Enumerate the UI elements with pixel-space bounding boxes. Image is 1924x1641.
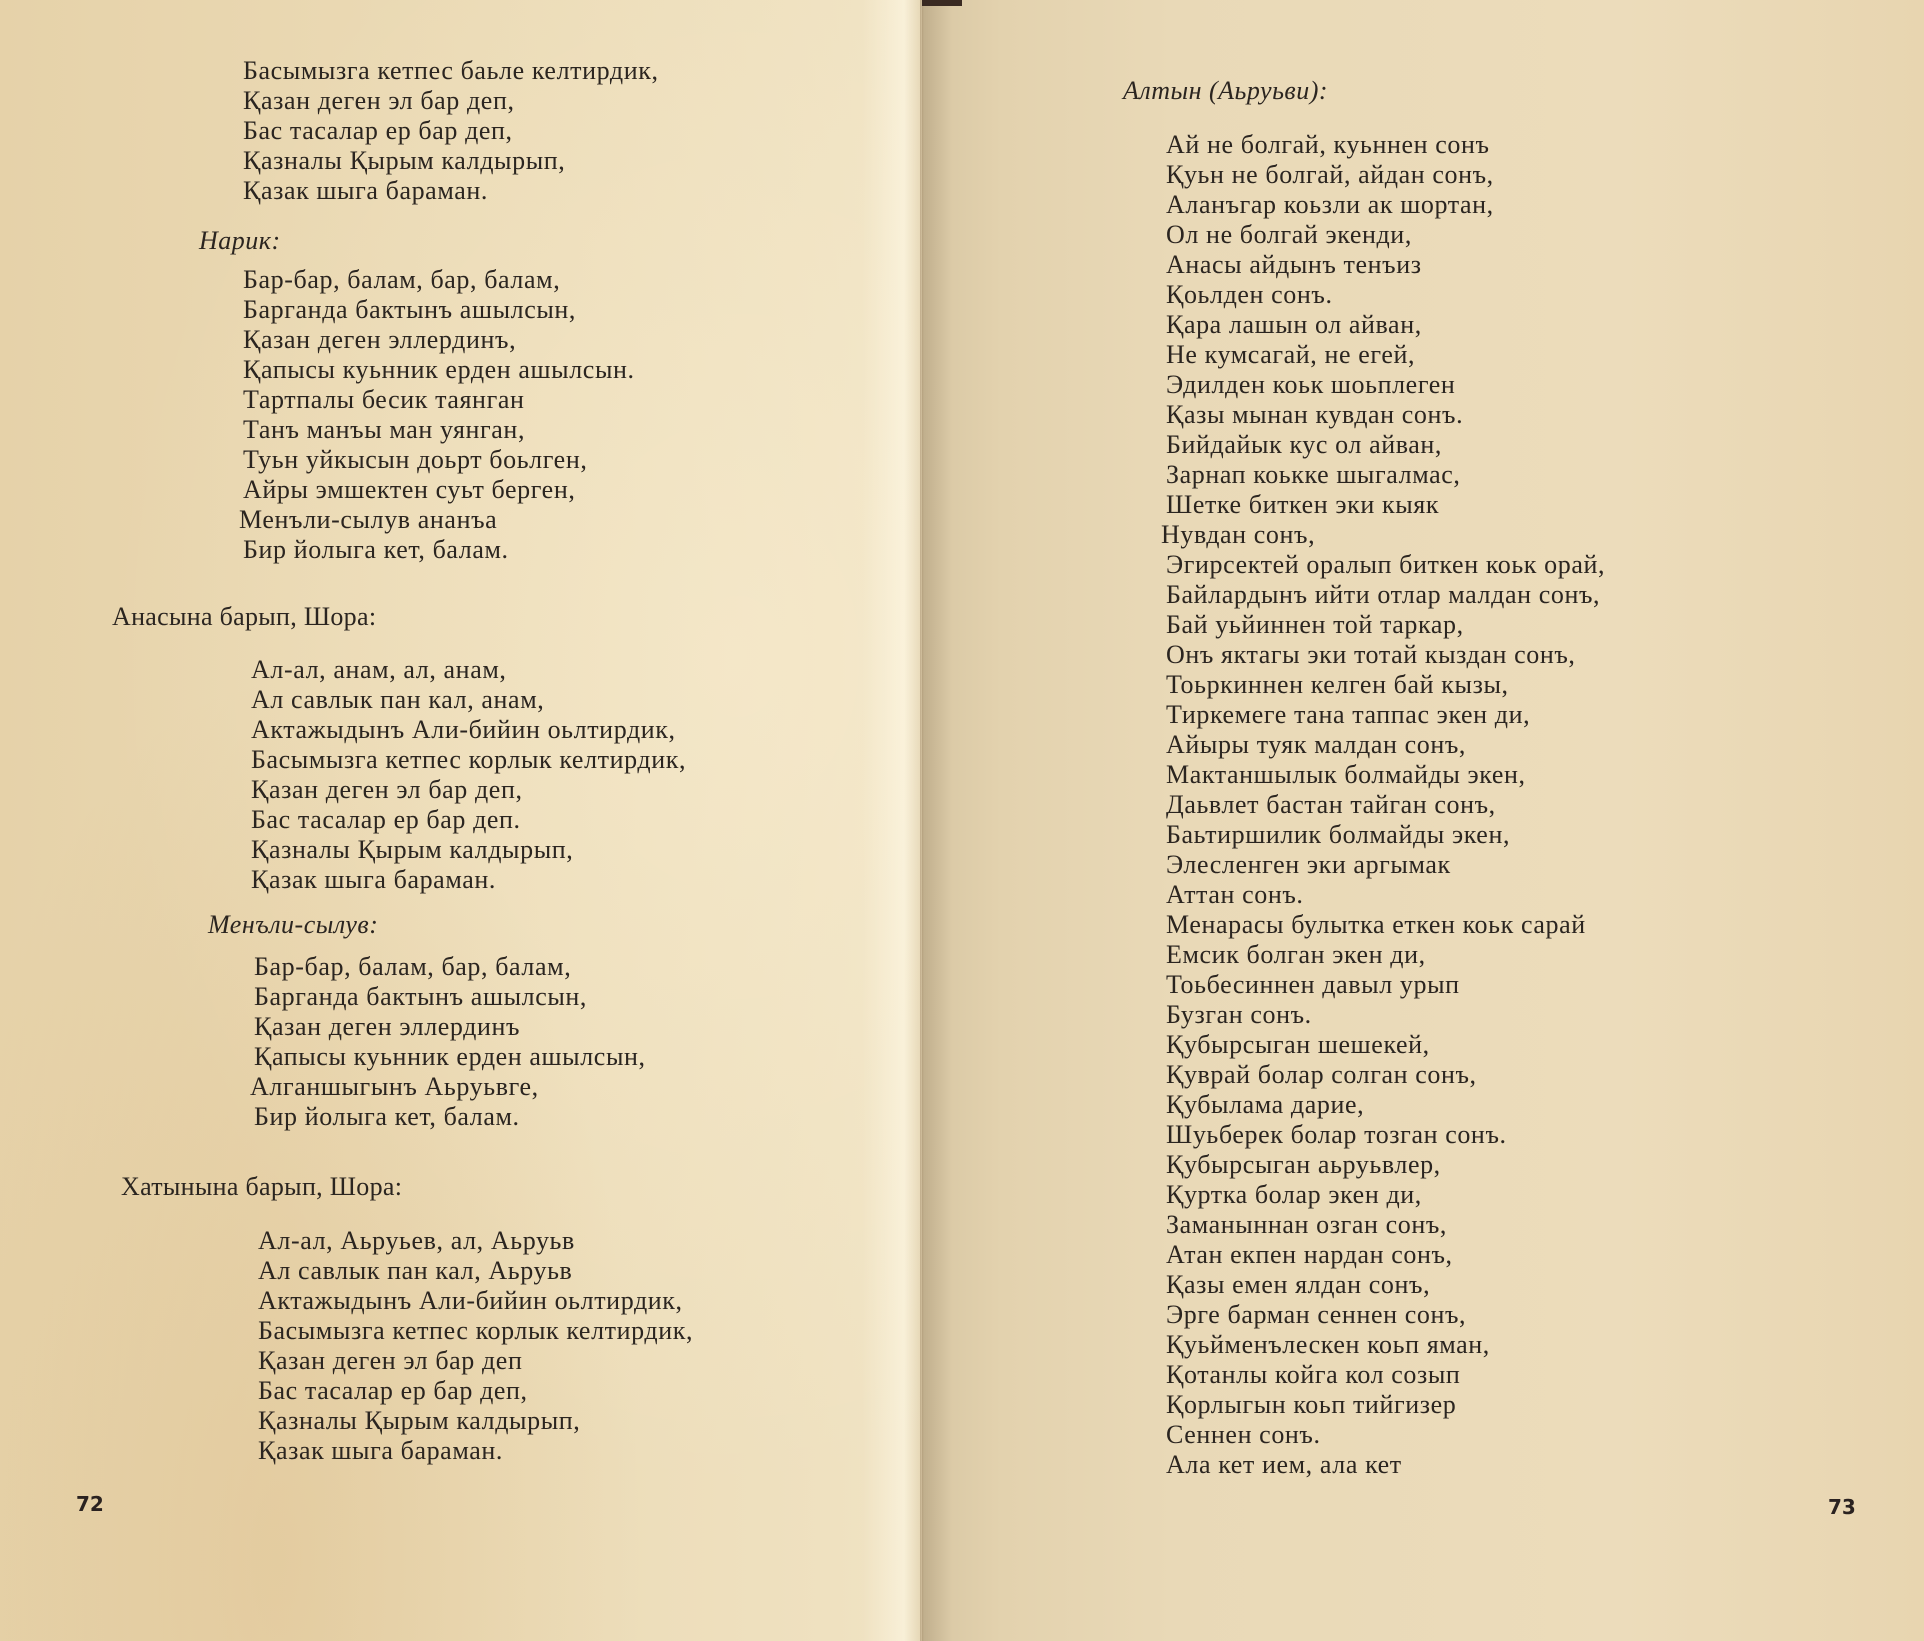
- verse-line: Эдилден коьк шоьплеген: [1166, 370, 1605, 400]
- verse-line: Мактаншылык болмайды экен,: [1166, 760, 1605, 790]
- page-number-left: 72: [76, 1492, 104, 1516]
- verse-line: Бас тасалар ер бар деп,: [258, 1376, 693, 1406]
- verse-line: Қазналы Қырым калдырып,: [243, 146, 659, 176]
- verse-block-4: Бар-бар, балам, бар, балам, Барганда бак…: [254, 952, 646, 1132]
- verse-line: Атан екпен нардан сонъ,: [1166, 1240, 1605, 1270]
- verse-line: Байлардынъ ийти отлар малдан сонъ,: [1166, 580, 1605, 610]
- verse-line: Эгирсектей оралып биткен коьк орай,: [1166, 550, 1605, 580]
- stage-direction-1: Анасына барып, Шора:: [112, 602, 376, 632]
- book-gutter: [920, 0, 924, 1641]
- verse-line: Қапысы куьнник ерден ашылсын,: [254, 1042, 646, 1072]
- speaker-heading-altyn: Алтын (Аьруьви):: [1123, 76, 1328, 106]
- verse-line: Басымызга кетпес корлык келтирдик,: [258, 1316, 693, 1346]
- verse-line: Ай не болгай, куьннен сонъ: [1166, 130, 1605, 160]
- verse-line: Айры эмшектен суьт берген,: [243, 475, 635, 505]
- verse-line: Заманыннан озган сонъ,: [1166, 1210, 1605, 1240]
- verse-line: Қазак шыга бараман.: [258, 1436, 693, 1466]
- verse-line: Айыры туяк малдан сонъ,: [1166, 730, 1605, 760]
- speaker-heading-menli-syluv: Менъли-сылув:: [208, 910, 378, 940]
- verse-line: Бар-бар, балам, бар, балам,: [254, 952, 646, 982]
- verse-line: Қазан деген эллердинъ,: [243, 325, 635, 355]
- verse-line: Алганшыгынъ Аьруьвге,: [250, 1072, 646, 1102]
- left-page: Басымызга кетпес баьле келтирдик, Қазан …: [0, 0, 922, 1641]
- verse-line: Қотанлы койга кол созып: [1166, 1360, 1605, 1390]
- verse-line: Қазналы Қырым калдырып,: [258, 1406, 693, 1436]
- verse-line: Бийдайык кус ол айван,: [1166, 430, 1605, 460]
- verse-line: Қуврай болар солган сонъ,: [1166, 1060, 1605, 1090]
- verse-line: Не кумсагай, не егей,: [1166, 340, 1605, 370]
- speaker-name: Менъли-сылув:: [208, 910, 378, 940]
- stage-direction-text: Хатынына барып, Шора:: [121, 1172, 402, 1202]
- verse-line: Бир йолыга кет, балам.: [243, 535, 635, 565]
- verse-line: Актажыдынъ Али-бийин оьлтирдик,: [258, 1286, 693, 1316]
- verse-line: Басымызга кетпес корлык келтирдик,: [251, 745, 686, 775]
- verse-line: Менъли-сылув ананъа: [239, 505, 635, 535]
- verse-line: Аттан сонъ.: [1166, 880, 1605, 910]
- verse-line: Қуьйменълескен коьп яман,: [1166, 1330, 1605, 1360]
- verse-line: Қара лашын ол айван,: [1166, 310, 1605, 340]
- verse-line: Қорлыгын коьп тийгизер: [1166, 1390, 1605, 1420]
- verse-line: Туьн уйкысын доьрт боьлген,: [243, 445, 635, 475]
- verse-line: Тоьбесиннен давыл урып: [1166, 970, 1605, 1000]
- verse-line: Зарнап коькке шыгалмас,: [1166, 460, 1605, 490]
- verse-block-2: Бар-бар, балам, бар, балам, Барганда бак…: [243, 265, 635, 565]
- verse-line: Эрге барман сеннен сонъ,: [1166, 1300, 1605, 1330]
- verse-line: Шетке биткен эки кыяк: [1166, 490, 1605, 520]
- verse-line: Қазан деген эллердинъ: [254, 1012, 646, 1042]
- verse-line: Ал савлык пан кал, анам,: [251, 685, 686, 715]
- verse-line: Қазан деген эл бар деп,: [251, 775, 686, 805]
- verse-line: Нувдан сонъ,: [1161, 520, 1605, 550]
- verse-line: Тиркемеге тана таппас экен ди,: [1166, 700, 1605, 730]
- verse-line: Ол не болгай экенди,: [1166, 220, 1605, 250]
- verse-line: Шуьберек болар тозган сонъ.: [1166, 1120, 1605, 1150]
- verse-block-5: Ал-ал, Аьруьев, ал, Аьруьв Ал савлык пан…: [258, 1226, 693, 1466]
- verse-line: Ал савлык пан кал, Аьруьв: [258, 1256, 693, 1286]
- verse-line: Басымызга кетпес баьле келтирдик,: [243, 56, 659, 86]
- verse-line: Бир йолыга кет, балам.: [254, 1102, 646, 1132]
- verse-line: Қазак шыга бараман.: [243, 176, 659, 206]
- verse-line: Қазан деген эл бар деп,: [243, 86, 659, 116]
- verse-line: Қубырсыган аьруьвлер,: [1166, 1150, 1605, 1180]
- page-number-right: 73: [1828, 1495, 1856, 1519]
- verse-block-right: Ай не болгай, куьннен сонъ Қуьн не болга…: [1166, 130, 1605, 1480]
- verse-line: Қапысы куьнник ерден ашылсын.: [243, 355, 635, 385]
- speaker-name: Алтын (Аьруьви):: [1123, 76, 1328, 106]
- verse-line: Қуьн не болгай, айдан сонъ,: [1166, 160, 1605, 190]
- verse-line: Бас тасалар ер бар деп,: [243, 116, 659, 146]
- verse-line: Емсик болган экен ди,: [1166, 940, 1605, 970]
- verse-line: Барганда бактынъ ашылсын,: [243, 295, 635, 325]
- verse-line: Қазан деген эл бар деп: [258, 1346, 693, 1376]
- verse-line: Бузган сонъ.: [1166, 1000, 1605, 1030]
- verse-line: Баьтиршилик болмайды экен,: [1166, 820, 1605, 850]
- verse-line: Элесленген эки аргымак: [1166, 850, 1605, 880]
- verse-line: Қуртка болар экен ди,: [1166, 1180, 1605, 1210]
- verse-line: Барганда бактынъ ашылсын,: [254, 982, 646, 1012]
- verse-line: Тоьркиннен келген бай кызы,: [1166, 670, 1605, 700]
- verse-line: Бар-бар, балам, бар, балам,: [243, 265, 635, 295]
- verse-line: Ал-ал, Аьруьев, ал, Аьруьв: [258, 1226, 693, 1256]
- stage-direction-text: Анасына барып, Шора:: [112, 602, 376, 632]
- verse-line: Қоьлден сонъ.: [1166, 280, 1605, 310]
- verse-line: Қазналы Қырым калдырып,: [251, 835, 686, 865]
- verse-line: Менарасы булытка еткен коьк сарай: [1166, 910, 1605, 940]
- scan-edge-shadow: [922, 0, 962, 6]
- verse-line: Қазы емен ялдан сонъ,: [1166, 1270, 1605, 1300]
- verse-line: Сеннен сонъ.: [1166, 1420, 1605, 1450]
- verse-block-3: Ал-ал, анам, ал, анам, Ал савлык пан кал…: [251, 655, 686, 895]
- verse-line: Ал-ал, анам, ал, анам,: [251, 655, 686, 685]
- book-spread: Басымызга кетпес баьле келтирдик, Қазан …: [0, 0, 1924, 1641]
- verse-line: Бас тасалар ер бар деп.: [251, 805, 686, 835]
- verse-line: Қубылама дарие,: [1166, 1090, 1605, 1120]
- verse-line: Аланъгар коьзли ак шортан,: [1166, 190, 1605, 220]
- verse-line: Бай уьйиннен той таркар,: [1166, 610, 1605, 640]
- verse-line: Актажыдынъ Али-бийин оьлтирдик,: [251, 715, 686, 745]
- verse-line: Қубырсыган шешекей,: [1166, 1030, 1605, 1060]
- verse-line: Онъ яктагы эки тотай кыздан сонъ,: [1166, 640, 1605, 670]
- stage-direction-2: Хатынына барып, Шора:: [121, 1172, 402, 1202]
- speaker-name: Нарик:: [199, 226, 281, 256]
- verse-line: Тартпалы бесик таянган: [243, 385, 635, 415]
- verse-block-1: Басымызга кетпес баьле келтирдик, Қазан …: [243, 56, 659, 206]
- verse-line: Ала кет ием, ала кет: [1166, 1450, 1605, 1480]
- speaker-heading-narik: Нарик:: [199, 226, 281, 256]
- verse-line: Қазак шыга бараман.: [251, 865, 686, 895]
- right-page: Алтын (Аьруьви): Ай не болгай, куьннен с…: [922, 0, 1924, 1641]
- verse-line: Анасы айдынъ тенъиз: [1166, 250, 1605, 280]
- verse-line: Танъ манъы ман уянган,: [243, 415, 635, 445]
- verse-line: Даьвлет бастан тайган сонъ,: [1166, 790, 1605, 820]
- verse-line: Қазы мынан кувдан сонъ.: [1166, 400, 1605, 430]
